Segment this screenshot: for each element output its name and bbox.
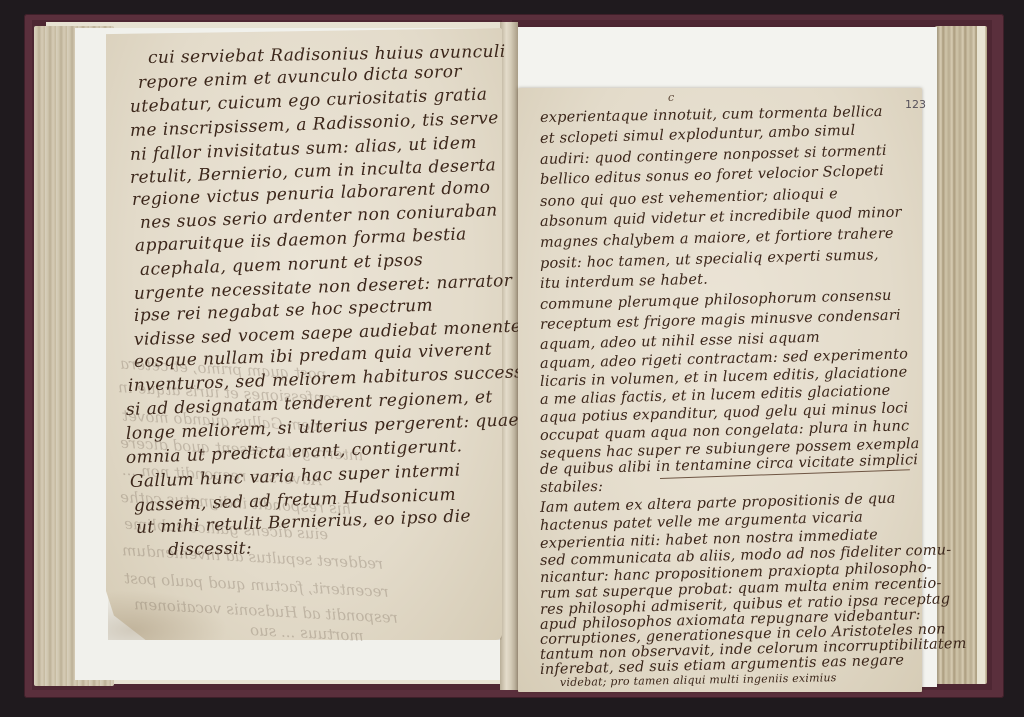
folio-number: 123 bbox=[905, 98, 926, 111]
book-gutter bbox=[500, 22, 518, 690]
top-margin-mark: c bbox=[668, 91, 674, 104]
manuscript-line: discessit: bbox=[168, 539, 252, 560]
right-endpaper-edge bbox=[977, 26, 985, 684]
manuscript-line: stabiles: bbox=[540, 479, 603, 496]
